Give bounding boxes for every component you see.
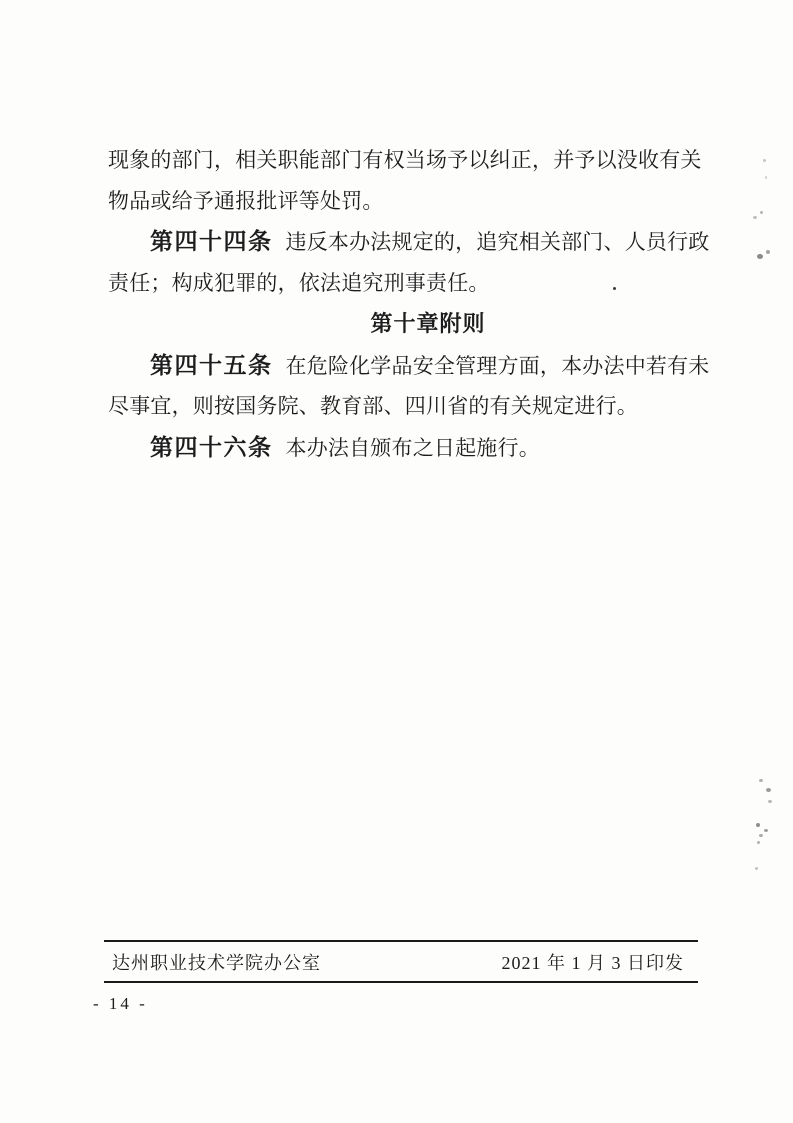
print-date: 2021 年 1 月 3 日印发 xyxy=(502,949,699,975)
document-page: 现象的部门，相关职能部门有权当场予以纠正，并予以没收有关 物品或给予通报批评等处… xyxy=(0,0,793,1123)
scan-speck xyxy=(757,841,760,844)
article-46-number: 第四十六条 xyxy=(150,434,273,460)
scan-speck xyxy=(764,829,768,832)
scan-speck xyxy=(766,788,771,792)
scan-speck xyxy=(753,216,757,219)
scan-speck xyxy=(763,159,766,162)
scan-speck xyxy=(755,867,758,870)
body-line-4: 责任；构成犯罪的，依法追究刑事责任。 xyxy=(108,263,702,304)
body-line-2: 物品或给予通报批评等处罚。 xyxy=(108,181,702,222)
scan-speck xyxy=(756,823,760,827)
scan-speck xyxy=(759,834,763,837)
chapter-10-heading: 第十章附则 xyxy=(108,304,702,345)
article-45-number: 第四十五条 xyxy=(150,352,273,378)
body-line-7: 尽事宜，则按国务院、教育部、四川省的有关规定进行。 xyxy=(108,386,702,427)
article-44-text: 违反本办法规定的，追究相关部门、人员行政 xyxy=(286,230,710,254)
article-45-text: 在危险化学品安全管理方面，本办法中若有未 xyxy=(286,354,710,378)
scan-speck xyxy=(766,250,770,254)
page-number: - 14 - xyxy=(93,994,148,1014)
article-44-number: 第四十四条 xyxy=(150,228,273,254)
article-46-line: 第四十六条本办法自颁布之日起施行。 xyxy=(108,427,702,469)
document-text: 现象的部门，相关职能部门有权当场予以纠正，并予以没收有关 物品或给予通报批评等处… xyxy=(108,140,702,469)
scan-speck xyxy=(768,800,772,803)
issuer-name: 达州职业技术学院办公室 xyxy=(104,949,321,975)
article-44-line: 第四十四条违反本办法规定的，追究相关部门、人员行政 xyxy=(108,221,702,263)
body-line-1: 现象的部门，相关职能部门有权当场予以纠正，并予以没收有关 xyxy=(108,140,702,181)
scan-speck xyxy=(765,176,767,179)
scan-speck xyxy=(759,779,763,782)
scan-speck xyxy=(757,254,763,259)
article-45-line: 第四十五条在危险化学品安全管理方面，本办法中若有未 xyxy=(108,345,702,387)
article-46-text: 本办法自颁布之日起施行。 xyxy=(286,436,540,460)
scan-speck xyxy=(760,211,763,214)
footer-row: 达州职业技术学院办公室 2021 年 1 月 3 日印发 xyxy=(104,942,698,981)
scan-speck xyxy=(613,287,616,290)
footer-rule-bottom xyxy=(104,981,698,983)
